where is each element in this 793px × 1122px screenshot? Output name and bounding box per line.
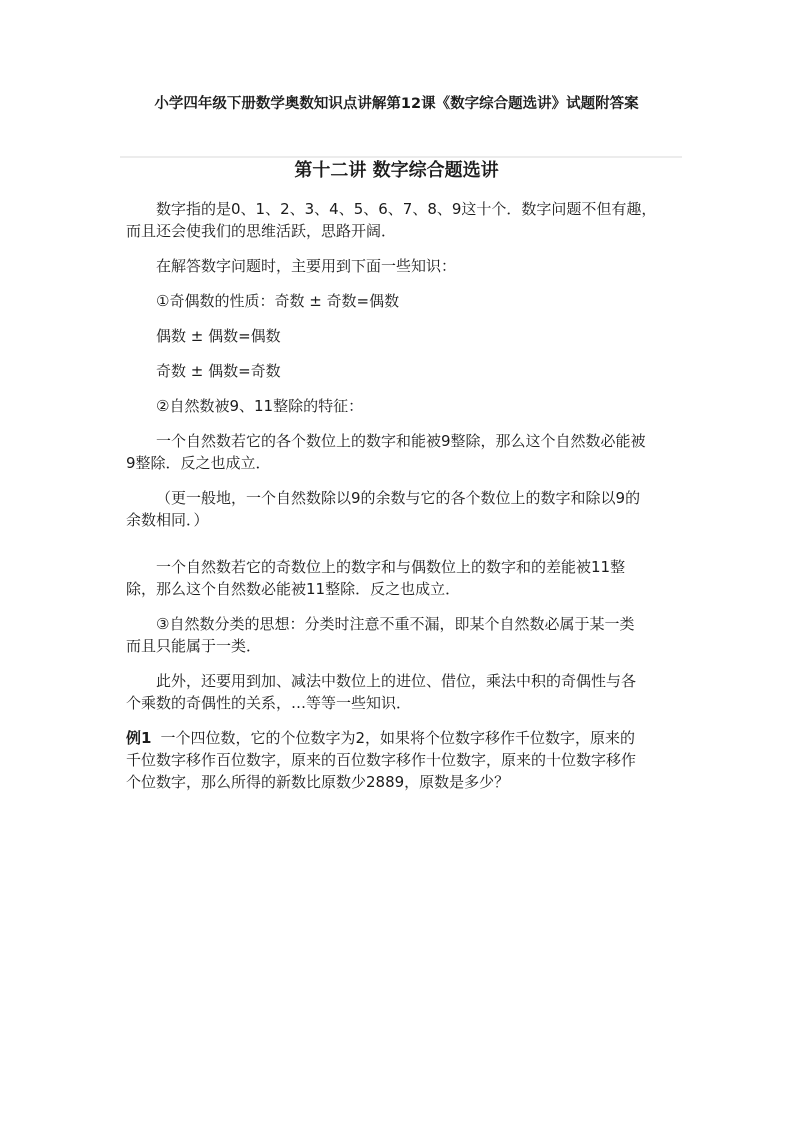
paragraph-example1: 例1一个四位数，它的个位数字为2，如果将个位数字移作千位数字，原来的 千位数字移… bbox=[126, 727, 697, 793]
section-heading: 第十二讲 数字综合题选讲 bbox=[0, 160, 793, 182]
paragraph-point2-divisibility: ②自然数被9、11整除的特征： bbox=[126, 395, 697, 417]
paragraph-formula-even: 偶数 ± 偶数=偶数 bbox=[126, 325, 697, 347]
paragraph-formula-odd: 奇数 ± 偶数=奇数 bbox=[126, 360, 697, 382]
paragraph-knowledge-lead: 在解答数字问题时，主要用到下面一些知识： bbox=[126, 255, 697, 277]
paragraph-point1-odd-even: ①奇偶数的性质：奇数 ± 奇数=偶数 bbox=[126, 290, 697, 312]
paragraph-rule-11: 一个自然数若它的奇数位上的数字和与偶数位上的数字和的差能被11整 除，那么这个自… bbox=[126, 556, 697, 600]
document-title: 小学四年级下册数学奥数知识点讲解第12课《数字综合题选讲》试题附答案 bbox=[0, 0, 793, 113]
paragraph-additional-knowledge: 此外，还要用到加、减法中数位上的进位、借位，乘法中积的奇偶性与各 个乘数的奇偶性… bbox=[126, 670, 697, 714]
example1-label: 例1 bbox=[126, 729, 151, 747]
section-divider-rule bbox=[120, 156, 682, 158]
paragraph-intro: 数字指的是0、1、2、3、4、5、6、7、8、9这十个．数字问题不但有趣， 而且… bbox=[126, 198, 697, 242]
document-page: 小学四年级下册数学奥数知识点讲解第12课《数字综合题选讲》试题附答案 第十二讲 … bbox=[0, 0, 793, 1122]
document-body: 数字指的是0、1、2、3、4、5、6、7、8、9这十个．数字问题不但有趣， 而且… bbox=[126, 198, 697, 793]
paragraph-rule-9: 一个自然数若它的各个数位上的数字和能被9整除，那么这个自然数必能被 9整除．反之… bbox=[126, 430, 697, 474]
paragraph-rule-9-note: （更一般地，一个自然数除以9的余数与它的各个数位上的数字和除以9的 余数相同．） bbox=[126, 487, 697, 531]
paragraph-point3-classification: ③自然数分类的思想：分类时注意不重不漏，即某个自然数必属于某一类 而且只能属于一… bbox=[126, 613, 697, 657]
example1-text: 一个四位数，它的个位数字为2，如果将个位数字移作千位数字，原来的 千位数字移作百… bbox=[126, 729, 636, 791]
